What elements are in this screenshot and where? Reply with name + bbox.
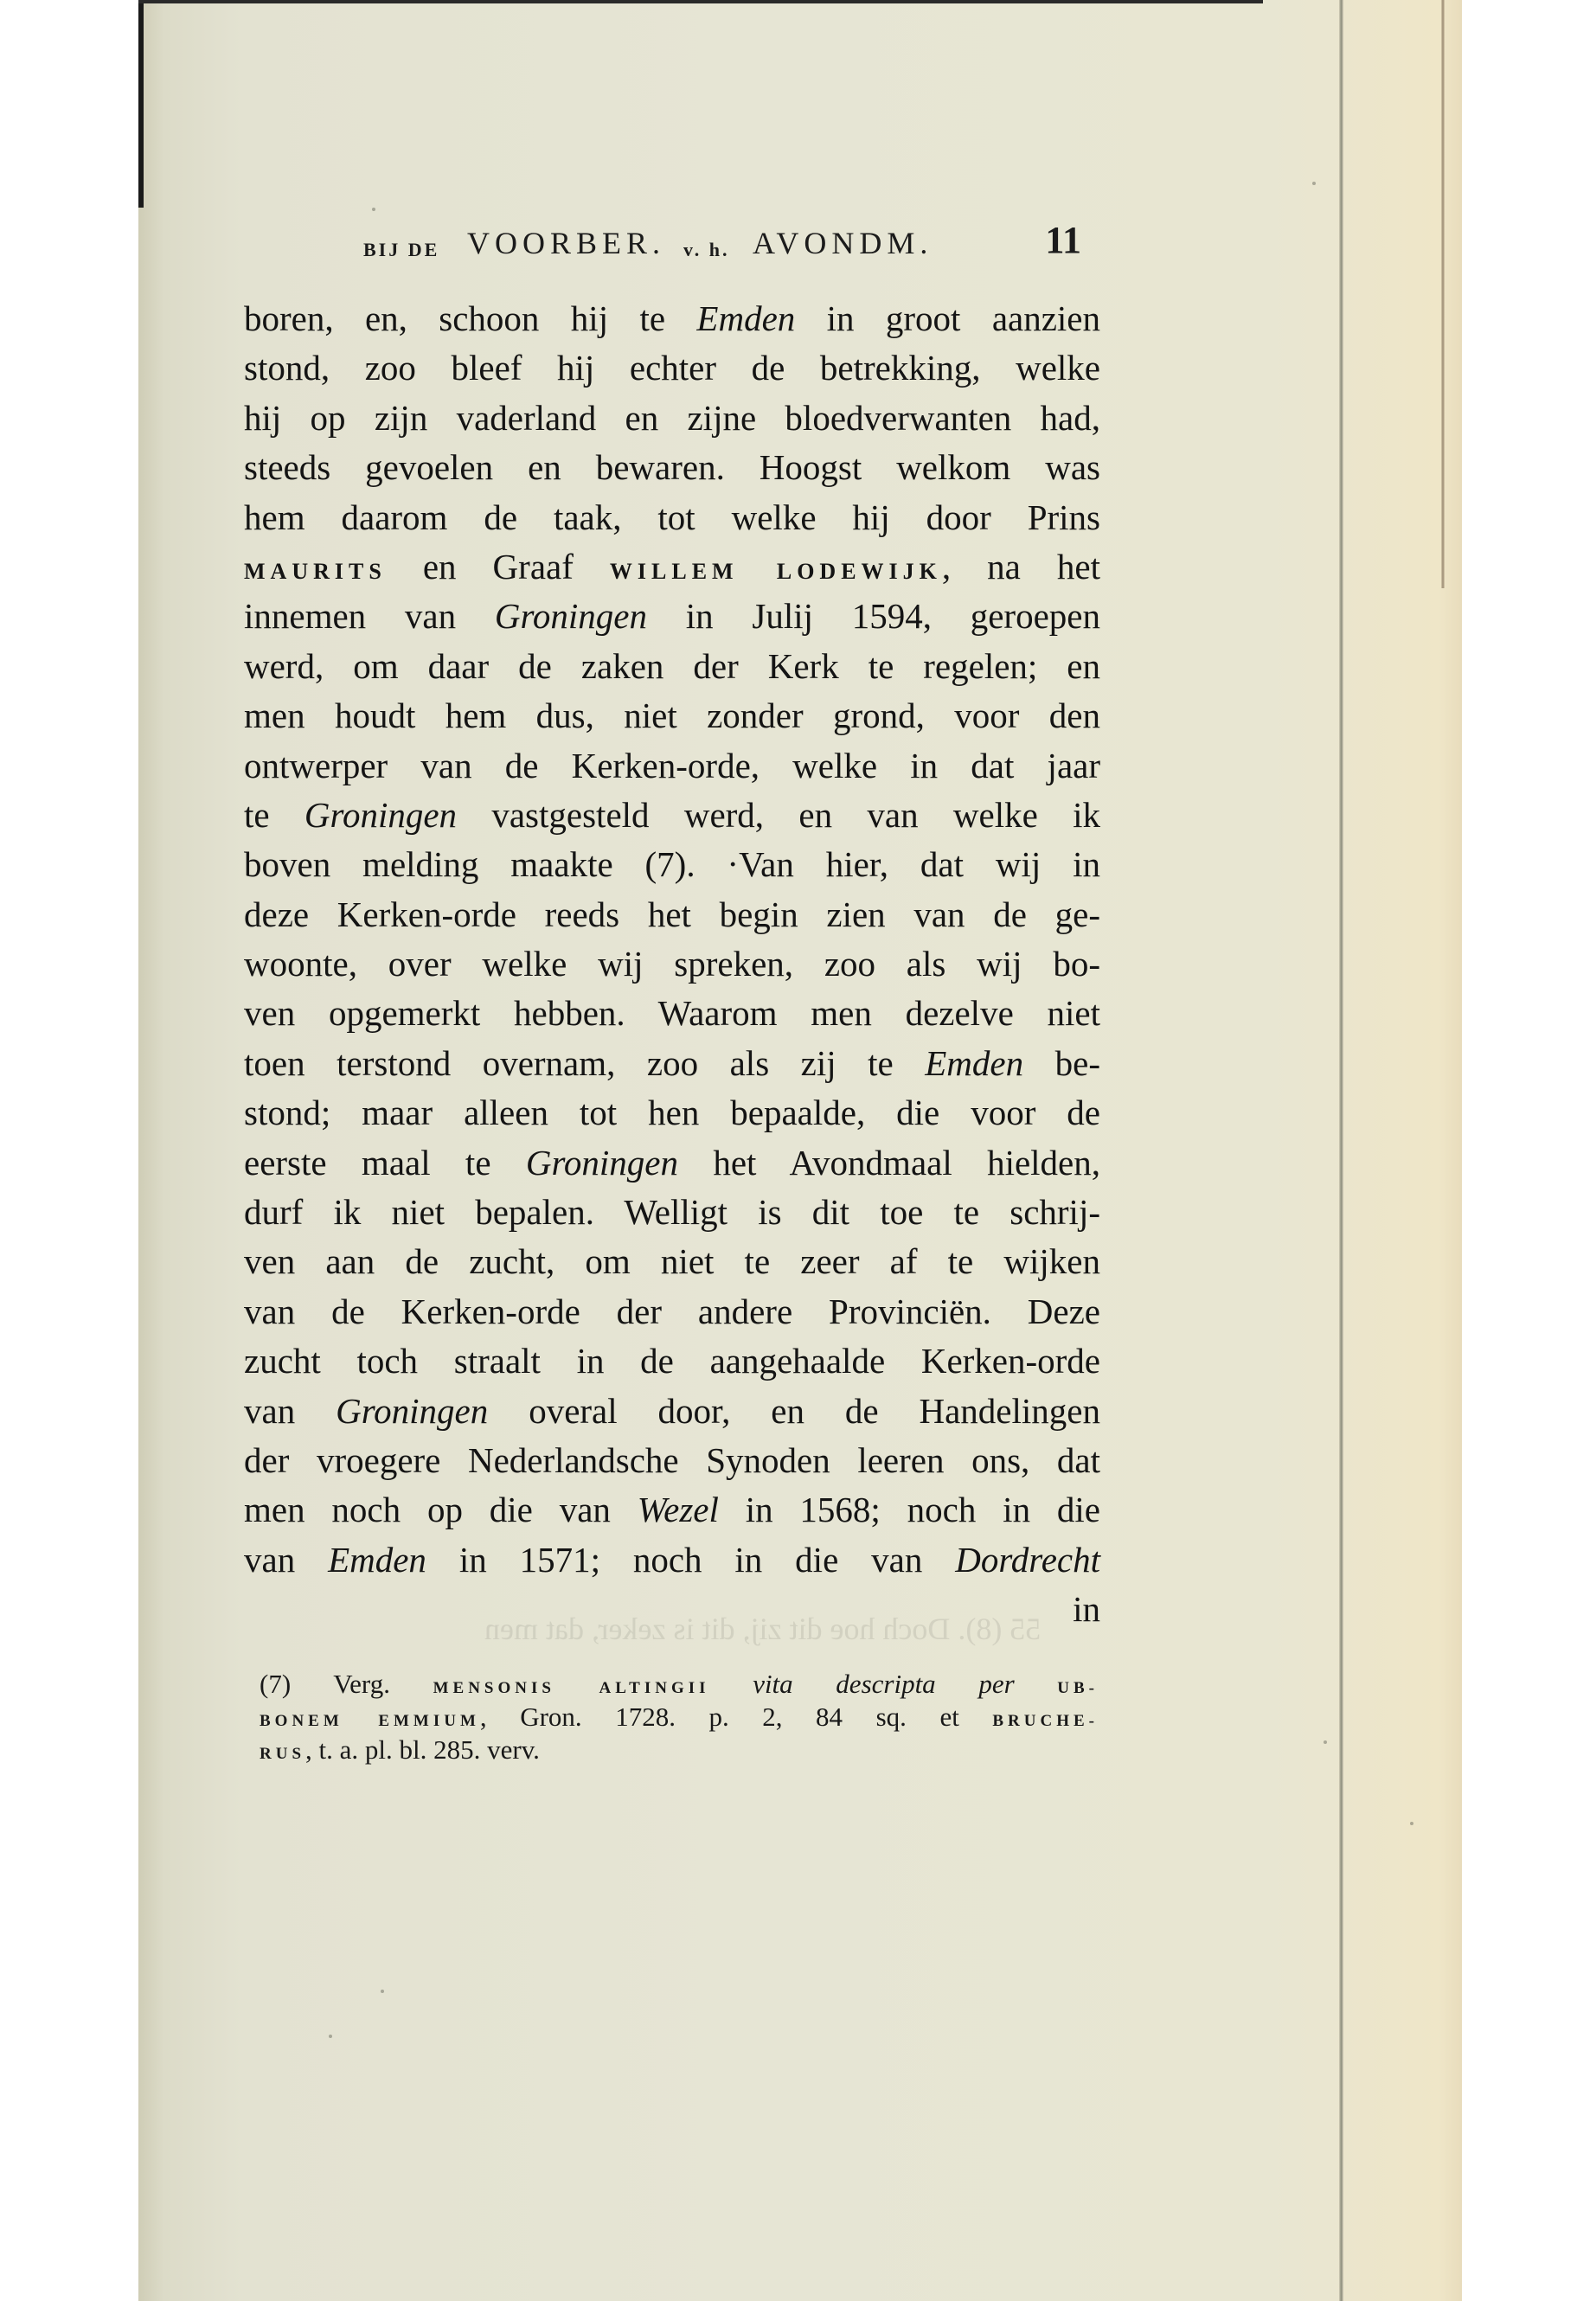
text-line: zucht toch straalt in de aangehaalde Ker… xyxy=(244,1336,1100,1386)
italic-text: Emden xyxy=(925,1043,1023,1083)
text-line: van de Kerken-orde der andere Provinciën… xyxy=(244,1287,1100,1336)
text-segment: men noch op die van xyxy=(244,1490,638,1529)
text-segment: van de Kerken-orde der andere Provinciën… xyxy=(244,1292,1100,1331)
italic-text: Emden xyxy=(696,298,795,338)
text-line: boren, en, schoon hij te Emden in groot … xyxy=(244,294,1100,343)
page-number: 11 xyxy=(1045,218,1081,262)
text-line: ven opgemerkt hebben. Waarom men dezelve… xyxy=(244,989,1100,1038)
text-segment: , Gron. 1728. p. 2, 84 sq. et xyxy=(480,1702,992,1732)
italic-text: Emden xyxy=(328,1540,426,1580)
text-line: deze Kerken-orde reeds het begin zien va… xyxy=(244,890,1100,939)
small-caps-text: MENSONIS ALTINGII xyxy=(433,1679,710,1697)
footnote: (7) Verg. MENSONIS ALTINGII vita descrip… xyxy=(260,1668,1099,1766)
text-segment: stond, zoo bleef hij echter de betrekkin… xyxy=(244,348,1100,388)
italic-text: Wezel xyxy=(638,1490,719,1529)
text-line: stond; maar alleen tot hen bepaalde, die… xyxy=(244,1088,1100,1138)
text-segment: be- xyxy=(1023,1043,1100,1083)
text-line: (7) Verg. MENSONIS ALTINGII vita descrip… xyxy=(260,1668,1099,1701)
text-segment: werd, om daar de zaken der Kerk te regel… xyxy=(244,646,1100,686)
text-line: RUS, t. a. pl. bl. 285. verv. xyxy=(260,1734,1099,1766)
running-head-abbr: v. h. xyxy=(683,239,730,261)
text-segment: woonte, over welke wij spreken, zoo als … xyxy=(244,944,1100,984)
small-caps-text: WILLEM LODEWIJK xyxy=(610,559,942,584)
text-line: werd, om daar de zaken der Kerk te regel… xyxy=(244,642,1100,691)
page-left-edge xyxy=(138,0,144,208)
text-segment: van xyxy=(244,1540,328,1580)
text-line: BONEM EMMIUM, Gron. 1728. p. 2, 84 sq. e… xyxy=(260,1701,1099,1734)
text-segment: in 1568; noch in die xyxy=(719,1490,1100,1529)
small-caps-text: BONEM EMMIUM xyxy=(260,1712,480,1730)
text-line: te Groningen vastgesteld werd, en van we… xyxy=(244,791,1100,840)
text-segment: in 1571; noch in die van xyxy=(426,1540,955,1580)
text-line: ven aan de zucht, om niet te zeer af te … xyxy=(244,1237,1100,1286)
text-segment: boven melding maakte (7). ·Van hier, dat… xyxy=(244,844,1100,884)
text-line: men houdt hem dus, niet zonder grond, vo… xyxy=(244,691,1100,740)
text-segment: hem daarom de taak, tot welke hij door P… xyxy=(244,497,1100,537)
body-text: boren, en, schoon hij te Emden in groot … xyxy=(244,294,1100,1635)
text-line: toen terstond overnam, zoo als zij te Em… xyxy=(244,1039,1100,1088)
page-top-edge xyxy=(138,0,1263,3)
text-segment: ven opgemerkt hebben. Waarom men dezelve… xyxy=(244,993,1100,1033)
text-line: MAURITS en Graaf WILLEM LODEWIJK, na het xyxy=(244,542,1100,592)
small-caps-text: MAURITS xyxy=(244,559,387,584)
text-segment xyxy=(1015,1669,1058,1699)
text-line: ontwerper van de Kerken-orde, welke in d… xyxy=(244,741,1100,791)
paper-speck xyxy=(329,2035,332,2038)
running-head-title: VOORBER. xyxy=(467,225,665,261)
text-line: durf ik niet bepalen. Welligt is dit toe… xyxy=(244,1188,1100,1237)
running-head: BIJ DE VOORBER. v. h. AVONDM. 11 xyxy=(363,218,1081,270)
text-line: van Groningen overal door, en de Handeli… xyxy=(244,1387,1100,1436)
italic-text: vita descripta per xyxy=(753,1669,1014,1699)
text-segment: overal door, en de Handelingen xyxy=(488,1391,1100,1431)
text-line: steeds gevoelen en bewaren. Hoogst welko… xyxy=(244,443,1100,492)
text-segment: in groot aanzien xyxy=(795,298,1100,338)
paper-speck xyxy=(381,1990,384,1993)
paper-speck xyxy=(1312,182,1316,185)
italic-text: Groningen xyxy=(336,1391,488,1431)
italic-text: Groningen xyxy=(526,1143,678,1183)
text-segment xyxy=(710,1669,753,1699)
text-segment: te xyxy=(244,795,304,835)
small-caps-text: UB- xyxy=(1057,1679,1099,1697)
text-line: boven melding maakte (7). ·Van hier, dat… xyxy=(244,840,1100,889)
italic-text: Groningen xyxy=(304,795,457,835)
text-line: der vroegere Nederlandsche Synoden leere… xyxy=(244,1436,1100,1485)
small-caps-text: BRUCHE- xyxy=(992,1712,1099,1730)
text-line: van Emden in 1571; noch in die van Dordr… xyxy=(244,1535,1100,1585)
text-segment: ontwerper van de Kerken-orde, welke in d… xyxy=(244,746,1100,785)
text-line: stond, zoo bleef hij echter de betrekkin… xyxy=(244,343,1100,393)
page-edge-line xyxy=(1441,0,1445,588)
text-segment: van xyxy=(244,1391,336,1431)
text-segment: steeds gevoelen en bewaren. Hoogst welko… xyxy=(244,447,1100,487)
text-segment: toen terstond overnam, zoo als zij te xyxy=(244,1043,925,1083)
text-line: innemen van Groningen in Julij 1594, ger… xyxy=(244,592,1100,641)
text-segment: stond; maar alleen tot hen bepaalde, die… xyxy=(244,1093,1100,1132)
running-head-title2: AVONDM. xyxy=(753,225,933,261)
catchword: in xyxy=(244,1585,1100,1634)
text-line: eerste maal te Groningen het Avondmaal h… xyxy=(244,1138,1100,1188)
paper-speck xyxy=(1410,1822,1413,1825)
text-segment: eerste maal te xyxy=(244,1143,526,1183)
running-head-prefix: BIJ DE xyxy=(363,239,439,261)
italic-text: Groningen xyxy=(495,596,647,636)
page-fold-line xyxy=(1339,0,1343,2301)
text-line: men noch op die van Wezel in 1568; noch … xyxy=(244,1485,1100,1535)
text-segment: en Graaf xyxy=(387,547,610,586)
text-segment: hij op zijn vaderland en zijne bloedverw… xyxy=(244,398,1100,438)
text-segment: , t. a. pl. bl. 285. verv. xyxy=(305,1734,540,1765)
text-segment: zucht toch straalt in de aangehaalde Ker… xyxy=(244,1341,1100,1381)
text-line: woonte, over welke wij spreken, zoo als … xyxy=(244,939,1100,989)
text-segment: in Julij 1594, geroepen xyxy=(647,596,1100,636)
text-segment: der vroegere Nederlandsche Synoden leere… xyxy=(244,1440,1100,1480)
text-line: hem daarom de taak, tot welke hij door P… xyxy=(244,493,1100,542)
text-segment: het Avondmaal hielden, xyxy=(678,1143,1100,1183)
text-segment: deze Kerken-orde reeds het begin zien va… xyxy=(244,894,1100,934)
paper-speck xyxy=(1324,1740,1327,1744)
text-segment: boren, en, schoon hij te xyxy=(244,298,696,338)
text-segment: (7) Verg. xyxy=(260,1669,433,1699)
text-segment: durf ik niet bepalen. Welligt is dit toe… xyxy=(244,1192,1100,1232)
small-caps-text: RUS xyxy=(260,1745,305,1763)
text-segment: , na het xyxy=(942,547,1100,586)
italic-text: Dordrecht xyxy=(955,1540,1100,1580)
text-segment: men houdt hem dus, niet zonder grond, vo… xyxy=(244,695,1100,735)
paper-speck xyxy=(372,208,375,211)
text-segment: vastgesteld werd, en van welke ik xyxy=(457,795,1100,835)
text-segment: ven aan de zucht, om niet te zeer af te … xyxy=(244,1241,1100,1281)
text-segment: innemen van xyxy=(244,596,495,636)
text-line: hij op zijn vaderland en zijne bloedverw… xyxy=(244,394,1100,443)
